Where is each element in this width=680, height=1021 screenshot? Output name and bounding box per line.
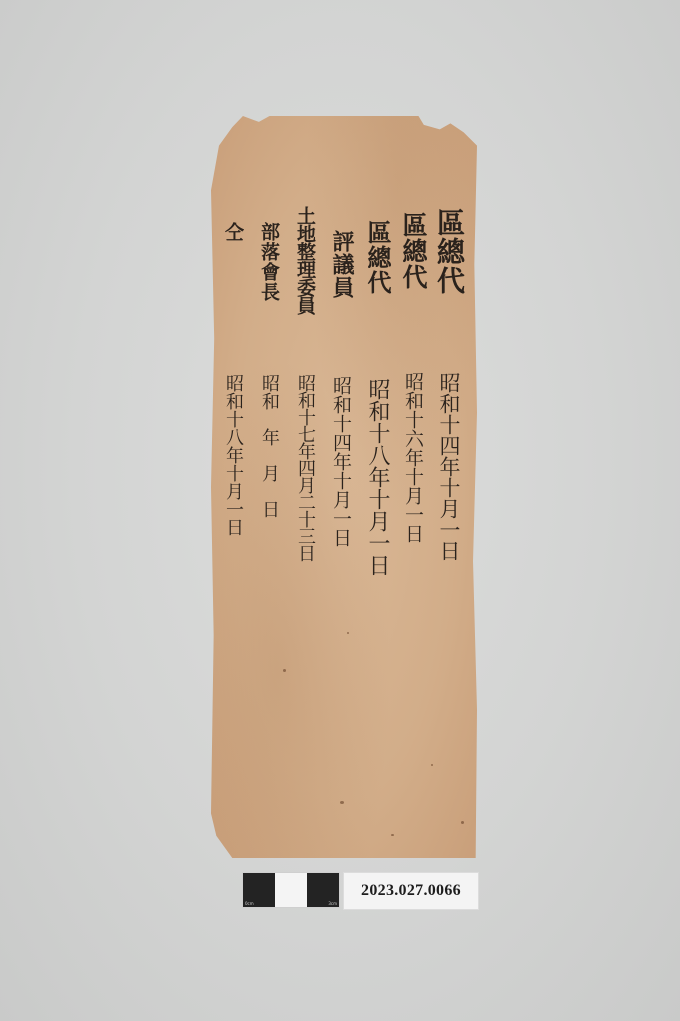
catalog-number-label: 2023.027.0066 (343, 872, 479, 910)
entry-column-5: 土地整理委員 昭和十七年四月二十三日 (287, 200, 323, 630)
entry-date: 昭和十四年十月一日 (438, 372, 460, 561)
entry-date: 昭和 年 月 日 (258, 374, 280, 518)
scale-label-end: 3cm (328, 901, 337, 906)
entry-date: 昭和十六年十月一日 (402, 372, 424, 543)
entry-title: 區總代 (434, 208, 464, 295)
scale-segment-dark: 0cm (243, 873, 275, 907)
entry-title: 土地整理委員 (295, 206, 315, 314)
entry-date: 昭和十八年十月一日 (222, 374, 244, 536)
entry-title: 區總代 (398, 212, 428, 290)
entry-title: 部落會長 (254, 222, 284, 302)
entry-column-3: 區總代 昭和十八年十月一日 (359, 200, 395, 630)
entry-title: 區總代 (362, 220, 392, 295)
entry-column-6: 部落會長 昭和 年 月 日 (251, 200, 287, 630)
entry-date: 昭和十八年十月一日 (366, 378, 388, 576)
entry-date: 昭和十四年十月一日 (330, 376, 352, 547)
paper-speck (347, 632, 349, 634)
entry-column-7: 仝 昭和十八年十月一日 (215, 200, 251, 630)
scale-segment-light (275, 873, 307, 907)
entry-title: 仝 (218, 222, 248, 242)
handwritten-columns: 區總代 昭和十四年十月一日 區總代 昭和十六年十月一日 區總代 昭和十八年十月一… (215, 200, 467, 630)
paper-speck (283, 669, 286, 672)
paper-speck (431, 764, 433, 766)
entry-column-2: 區總代 昭和十六年十月一日 (395, 200, 431, 630)
entry-title: 評議員 (326, 230, 356, 299)
entry-date: 昭和十七年四月二十三日 (294, 374, 316, 561)
scale-label-start: 0cm (245, 901, 254, 906)
paper-speck (340, 801, 344, 804)
entry-column-4: 評議員 昭和十四年十月一日 (323, 200, 359, 630)
paper-speck (461, 821, 464, 824)
entry-column-1: 區總代 昭和十四年十月一日 (431, 200, 467, 630)
scale-bar: 0cm 3cm (242, 872, 340, 908)
paper-speck (391, 834, 394, 836)
scale-segment-dark: 3cm (307, 873, 339, 907)
